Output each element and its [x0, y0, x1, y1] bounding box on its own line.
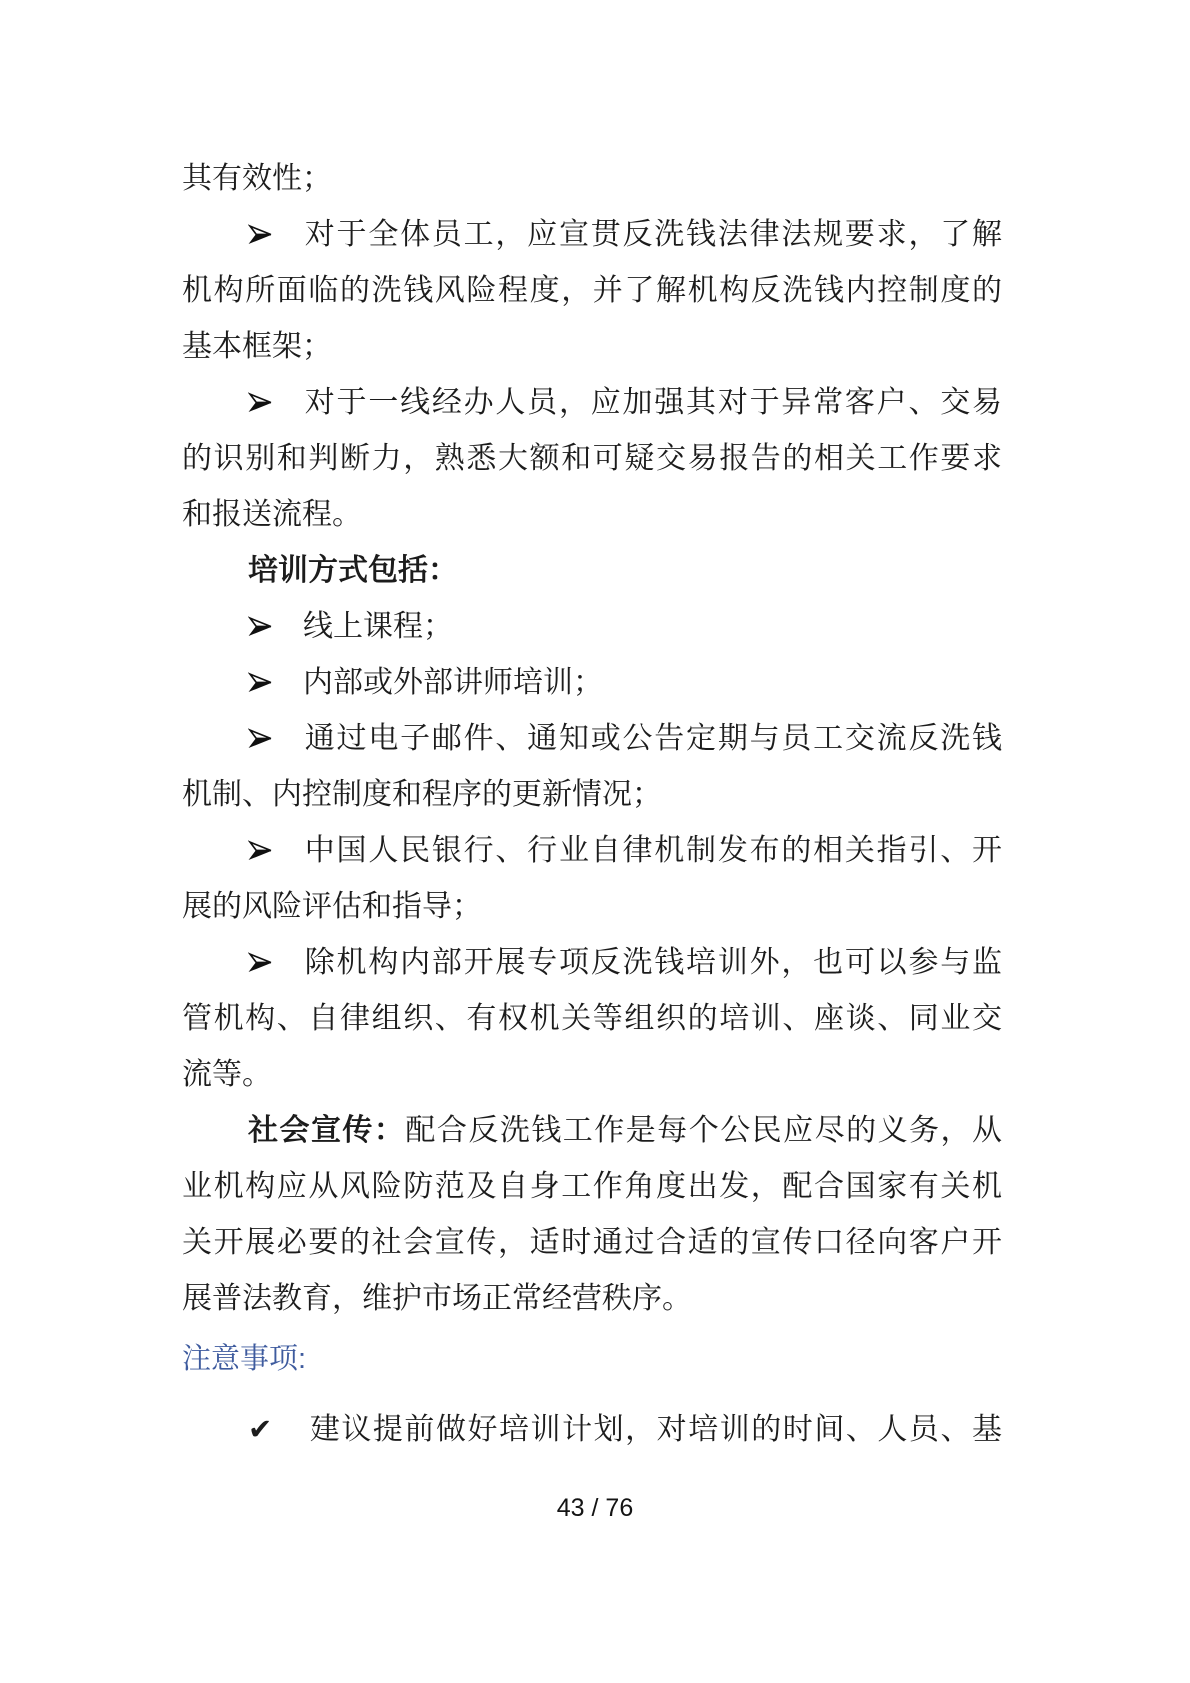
section-heading: 培训方式包括： — [182, 543, 1002, 599]
text-line-text: 展的风险评估和指导； — [182, 890, 482, 923]
check-item: ✔建议提前做好培训计划，对培训的时间、人员、基 — [182, 1401, 1002, 1458]
arrow-bullet-icon — [248, 614, 273, 639]
bullet-item-text: 除机构内部开展专项反洗钱培训外，也可以参与监 — [303, 946, 1002, 979]
bullet-item-text: 内部或外部讲师培训； — [303, 666, 603, 699]
text-line: 和报送流程。 — [182, 487, 1002, 543]
text-line: 管机构、自律组织、有权机关等组织的培训、座谈、同业交 — [182, 991, 1002, 1047]
bullet-item-text: 通过电子邮件、通知或公告定期与员工交流反洗钱 — [303, 722, 1002, 755]
check-item-text: 建议提前做好培训计划，对培训的时间、人员、基 — [308, 1413, 1002, 1446]
paragraph-lead-label: 社会宣传： — [248, 1114, 405, 1147]
page-number: 43 / 76 — [0, 1494, 1190, 1523]
arrow-bullet-icon — [248, 670, 273, 695]
text-line-text: 和报送流程。 — [182, 498, 362, 531]
arrow-bullet-icon — [248, 390, 273, 415]
bullet-item-text: 中国人民银行、行业自律机制发布的相关指引、开 — [303, 834, 1002, 867]
bullet-item: 中国人民银行、行业自律机制发布的相关指引、开 — [182, 823, 1002, 879]
text-line-text: 流等。 — [182, 1058, 272, 1091]
note-heading-text: 注意事项: — [182, 1343, 306, 1375]
paragraph-lead-text: 配合反洗钱工作是每个公民应尽的义务，从 — [405, 1114, 1002, 1147]
bullet-item-text: 对于一线经办人员，应加强其对于异常客户、交易 — [303, 386, 1002, 419]
bullet-item-text: 对于全体员工，应宣贯反洗钱法律法规要求，了解 — [303, 218, 1002, 251]
text-line-text: 机构所面临的洗钱风险程度，并了解机构反洗钱内控制度的 — [182, 274, 1002, 307]
text-line-text: 管机构、自律组织、有权机关等组织的培训、座谈、同业交 — [182, 1002, 1002, 1035]
text-line-text: 展普法教育，维护市场正常经营秩序。 — [182, 1282, 692, 1315]
document-page: 其有效性； 对于全体员工，应宣贯反洗钱法律法规要求，了解 机构所面临的洗钱风险程… — [0, 0, 1190, 1683]
text-line: 的识别和判断力，熟悉大额和可疑交易报告的相关工作要求 — [182, 431, 1002, 487]
text-line: 机制、内控制度和程序的更新情况； — [182, 767, 1002, 823]
section-heading-text: 培训方式包括： — [248, 554, 458, 587]
bullet-item: 内部或外部讲师培训； — [182, 655, 1002, 711]
text-line: 展的风险评估和指导； — [182, 879, 1002, 935]
text-line-text: 基本框架； — [182, 330, 332, 363]
text-line: 基本框架； — [182, 319, 1002, 375]
text-line-text: 业机构应从风险防范及自身工作角度出发，配合国家有关机 — [182, 1170, 1002, 1203]
text-line: 其有效性； — [182, 151, 1002, 207]
text-line-text: 机制、内控制度和程序的更新情况； — [182, 778, 662, 811]
bullet-item: 对于一线经办人员，应加强其对于异常客户、交易 — [182, 375, 1002, 431]
text-line: 流等。 — [182, 1047, 1002, 1103]
arrow-bullet-icon — [248, 838, 273, 863]
page-number-text: 43 / 76 — [557, 1494, 633, 1522]
bullet-item: 除机构内部开展专项反洗钱培训外，也可以参与监 — [182, 935, 1002, 991]
bullet-item: 线上课程； — [182, 599, 1002, 655]
check-icon: ✔ — [248, 1412, 272, 1446]
arrow-bullet-icon — [248, 222, 273, 247]
text-line: 展普法教育，维护市场正常经营秩序。 — [182, 1271, 1002, 1327]
paragraph-lead-line: 社会宣传：配合反洗钱工作是每个公民应尽的义务，从 — [182, 1103, 1002, 1159]
arrow-bullet-icon — [248, 726, 273, 751]
text-line-text: 其有效性； — [182, 162, 332, 195]
text-line-text: 的识别和判断力，熟悉大额和可疑交易报告的相关工作要求 — [182, 442, 1002, 475]
text-line-text: 关开展必要的社会宣传，适时通过合适的宣传口径向客户开 — [182, 1226, 1002, 1259]
text-line: 业机构应从风险防范及自身工作角度出发，配合国家有关机 — [182, 1159, 1002, 1215]
bullet-item: 对于全体员工，应宣贯反洗钱法律法规要求，了解 — [182, 207, 1002, 263]
arrow-bullet-icon — [248, 950, 273, 975]
note-heading: 注意事项: — [182, 1335, 1002, 1383]
bullet-item: 通过电子邮件、通知或公告定期与员工交流反洗钱 — [182, 711, 1002, 767]
text-line: 机构所面临的洗钱风险程度，并了解机构反洗钱内控制度的 — [182, 263, 1002, 319]
document-body: 其有效性； 对于全体员工，应宣贯反洗钱法律法规要求，了解 机构所面临的洗钱风险程… — [182, 151, 1002, 1458]
bullet-item-text: 线上课程； — [303, 610, 453, 643]
text-line: 关开展必要的社会宣传，适时通过合适的宣传口径向客户开 — [182, 1215, 1002, 1271]
